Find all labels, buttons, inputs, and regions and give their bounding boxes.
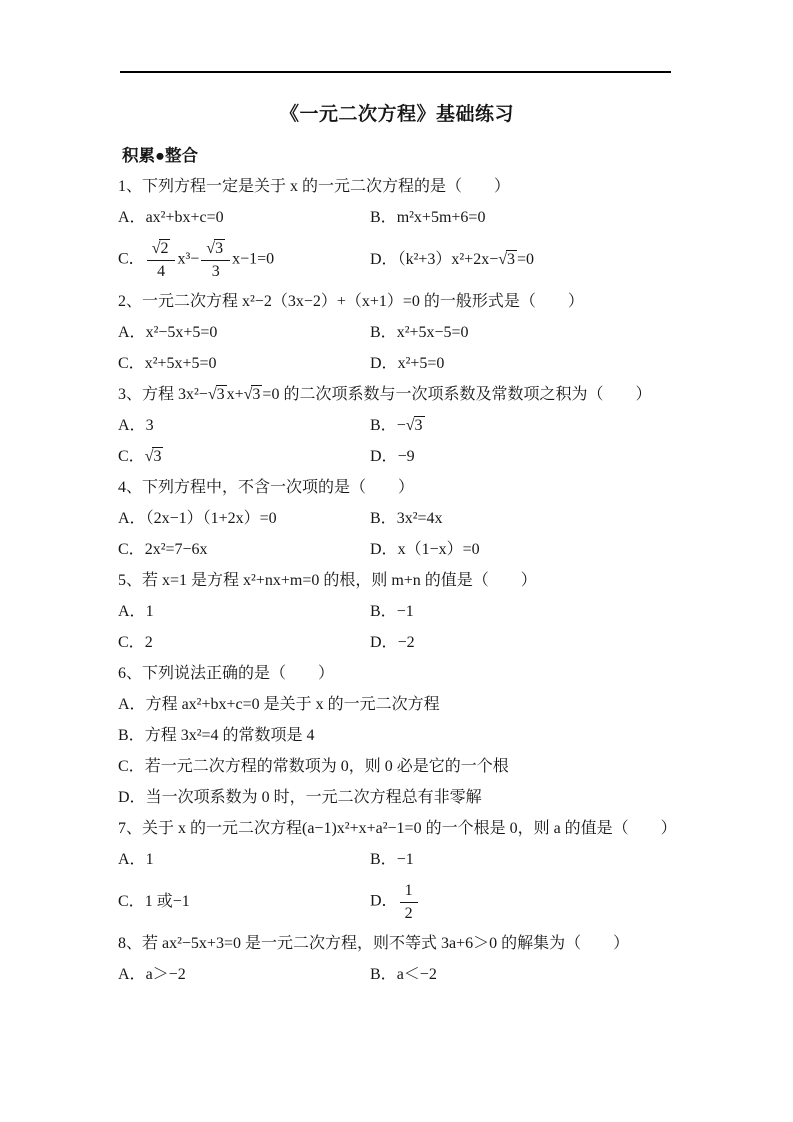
option-D: D．（k²+3）x²+2x−√3=0: [370, 250, 676, 269]
option-D: D．12: [370, 881, 676, 922]
option-D: D．x²+5=0: [370, 354, 676, 373]
option-C: C．2: [118, 633, 370, 652]
option-label: A．: [118, 417, 146, 434]
option-label: A．: [118, 851, 146, 868]
question-4: 4、下列方程中，不含一次项的是（ ）A．（2x−1）（1+2x）=0B．3x²=…: [118, 478, 676, 559]
math-text: 当一次项系数为 0 时，一元二次方程总有非零解: [146, 789, 482, 806]
math-text: 8、若 ax²−5x+3=0 是一元二次方程，则不等式 3a+6＞0 的解集为（…: [118, 935, 629, 952]
fraction-numerator: √2: [147, 239, 176, 261]
math-text: −9: [398, 448, 415, 465]
math-text: 1: [405, 882, 413, 899]
question-6: 6、下列说法正确的是（ ）A．方程 ax²+bx+c=0 是关于 x 的一元二次…: [118, 664, 676, 807]
option-C: C．√3: [118, 447, 370, 466]
math-text: =0 的二次项系数与一次项系数及常数项之积为（ ）: [262, 386, 651, 403]
math-text: 3: [212, 263, 220, 280]
fraction-denominator: 2: [400, 903, 418, 923]
fraction: √33: [201, 239, 230, 280]
option-A: A．3: [118, 416, 370, 435]
math-text: 2x²=7−6x: [145, 541, 208, 558]
math-text: ax²+bx+c=0: [146, 209, 224, 226]
option-C: C．x²+5x+5=0: [118, 354, 370, 373]
question-3: 3、方程 3x²−√3x+√3=0 的二次项系数与一次项系数及常数项之积为（ ）…: [118, 385, 676, 466]
math-text: a＞−2: [146, 966, 186, 983]
option-B: B．a＜−2: [370, 965, 676, 984]
math-text: 若一元二次方程的常数项为 0，则 0 必是它的一个根: [145, 758, 509, 775]
sqrt-radical: √3: [206, 240, 225, 257]
radicand: 3: [251, 385, 262, 403]
option-row: A．a＞−2B．a＜−2: [118, 965, 676, 984]
option-row: C．若一元二次方程的常数项为 0，则 0 必是它的一个根: [118, 757, 676, 776]
option-row: A．（2x−1）（1+2x）=0B．3x²=4x: [118, 509, 676, 528]
option-row: C．x²+5x+5=0D．x²+5=0: [118, 354, 676, 373]
option-C: C．2x²=7−6x: [118, 540, 370, 559]
option-row: A．x²−5x+5=0B．x²+5x−5=0: [118, 323, 676, 342]
option-label: C．: [118, 541, 145, 558]
math-text: a＜−2: [397, 966, 437, 983]
option-label: B．: [370, 510, 397, 527]
math-text: 3、方程 3x²−: [118, 386, 208, 403]
math-text: 4: [157, 263, 165, 280]
option-A: A．a＞−2: [118, 965, 370, 984]
fraction-denominator: 4: [147, 261, 176, 281]
option-row: A．3B．−√3: [118, 416, 676, 435]
math-text: 方程 3x²=4 的常数项是 4: [145, 727, 315, 744]
radicand: 2: [159, 239, 170, 257]
question-stem: 7、关于 x 的一元二次方程(a−1)x²+x+a²−1=0 的一个根是 0，则…: [118, 819, 676, 838]
math-text: −1: [397, 851, 414, 868]
option-B: B．−1: [370, 850, 676, 869]
math-text: （k²+3）x²+2x−: [398, 251, 499, 268]
fraction-numerator: √3: [201, 239, 230, 261]
option-label: A．: [118, 209, 146, 226]
option-A: A．（2x−1）（1+2x）=0: [118, 509, 370, 528]
question-stem: 8、若 ax²−5x+3=0 是一元二次方程，则不等式 3a+6＞0 的解集为（…: [118, 934, 676, 953]
option-label: A．: [118, 966, 146, 983]
option-B: B．−√3: [370, 416, 676, 435]
question-stem: 2、一元二次方程 x²−2（3x−2）+（x+1）=0 的一般形式是（ ）: [118, 292, 676, 311]
math-text: 6、下列说法正确的是（ ）: [118, 665, 334, 682]
radicand: 3: [214, 239, 225, 257]
option-label: C．: [118, 355, 145, 372]
radicand: 3: [506, 250, 517, 268]
option-label: D．: [370, 541, 398, 558]
radicand: 3: [216, 385, 227, 403]
option-A: A．1: [118, 602, 370, 621]
option-label: D．: [370, 251, 398, 268]
worksheet-page: 《一元二次方程》基础练习 积累●整合 1、下列方程一定是关于 x 的一元二次方程…: [0, 0, 793, 1122]
math-text: m²x+5m+6=0: [397, 209, 486, 226]
option-row: C．√24x³−√33x−1=0D．（k²+3）x²+2x−√3=0: [118, 239, 676, 280]
option-row: C．1 或−1D．12: [118, 881, 676, 922]
sqrt-radical: √3: [145, 448, 164, 465]
radicand: 3: [152, 447, 163, 465]
math-text: x−1=0: [232, 250, 274, 267]
question-stem: 6、下列说法正确的是（ ）: [118, 664, 676, 683]
question-5: 5、若 x=1 是方程 x²+nx+m=0 的根，则 m+n 的值是（ ）A．1…: [118, 571, 676, 652]
math-text: x³−: [177, 250, 199, 267]
math-text: 4、下列方程中，不含一次项的是（ ）: [118, 479, 414, 496]
option-label: C．: [118, 893, 145, 910]
question-stem: 3、方程 3x²−√3x+√3=0 的二次项系数与一次项系数及常数项之积为（ ）: [118, 385, 676, 404]
math-text: 1、下列方程一定是关于 x 的一元二次方程的是（ ）: [118, 178, 510, 195]
option-D: D．−2: [370, 633, 676, 652]
math-text: 2: [405, 905, 413, 922]
math-text: =0: [517, 251, 534, 268]
fraction: √24: [147, 239, 176, 280]
option-label: A．: [118, 324, 146, 341]
math-text: 3: [146, 417, 154, 434]
option-label: A．: [118, 696, 146, 713]
option-label: B．: [370, 209, 397, 226]
math-text: 3x²=4x: [397, 510, 443, 527]
fraction-denominator: 3: [201, 261, 230, 281]
option-label: C．: [118, 250, 145, 267]
option-D: D．x（1−x）=0: [370, 540, 676, 559]
sqrt-radical: √3: [498, 251, 517, 268]
option-A: A．ax²+bx+c=0: [118, 208, 370, 227]
sqrt-radical: √3: [208, 386, 227, 403]
page-title: 《一元二次方程》基础练习: [118, 99, 676, 126]
option-B: B．x²+5x−5=0: [370, 323, 676, 342]
math-text: （2x−1）（1+2x）=0: [146, 510, 277, 527]
question-stem: 5、若 x=1 是方程 x²+nx+m=0 的根，则 m+n 的值是（ ）: [118, 571, 676, 590]
fraction: 12: [400, 881, 418, 922]
option-label: D．: [370, 892, 398, 909]
question-7: 7、关于 x 的一元二次方程(a−1)x²+x+a²−1=0 的一个根是 0，则…: [118, 819, 676, 922]
section-heading: 积累●整合: [122, 142, 676, 166]
math-text: 方程 ax²+bx+c=0 是关于 x 的一元二次方程: [146, 696, 440, 713]
question-2: 2、一元二次方程 x²−2（3x−2）+（x+1）=0 的一般形式是（ ）A．x…: [118, 292, 676, 373]
option-B: B．m²x+5m+6=0: [370, 208, 676, 227]
math-text: 1: [146, 603, 154, 620]
option-A: A．x²−5x+5=0: [118, 323, 370, 342]
option-row: A．ax²+bx+c=0B．m²x+5m+6=0: [118, 208, 676, 227]
math-text: −1: [397, 603, 414, 620]
option-D: D．当一次项系数为 0 时，一元二次方程总有非零解: [118, 788, 676, 807]
option-row: A．1B．−1: [118, 602, 676, 621]
sqrt-radical: √3: [244, 386, 263, 403]
option-row: D．当一次项系数为 0 时，一元二次方程总有非零解: [118, 788, 676, 807]
option-row: A．方程 ax²+bx+c=0 是关于 x 的一元二次方程: [118, 695, 676, 714]
option-A: A．方程 ax²+bx+c=0 是关于 x 的一元二次方程: [118, 695, 676, 714]
sqrt-radical: √3: [406, 417, 425, 434]
option-row: B．方程 3x²=4 的常数项是 4: [118, 726, 676, 745]
math-text: 7、关于 x 的一元二次方程(a−1)x²+x+a²−1=0 的一个根是 0，则…: [118, 820, 677, 837]
option-label: A．: [118, 510, 146, 527]
option-C: C．若一元二次方程的常数项为 0，则 0 必是它的一个根: [118, 757, 676, 776]
option-label: B．: [118, 727, 145, 744]
option-label: B．: [370, 417, 397, 434]
option-label: D．: [370, 448, 398, 465]
math-text: x²+5=0: [398, 355, 445, 372]
radicand: 3: [414, 416, 425, 434]
question-1: 1、下列方程一定是关于 x 的一元二次方程的是（ ）A．ax²+bx+c=0B．…: [118, 177, 676, 280]
option-C: C．1 或−1: [118, 892, 370, 911]
option-row: C．2x²=7−6xD．x（1−x）=0: [118, 540, 676, 559]
math-text: −: [397, 417, 406, 434]
option-label: B．: [370, 851, 397, 868]
option-label: D．: [370, 634, 398, 651]
math-text: x（1−x）=0: [398, 541, 480, 558]
option-row: C．√3D．−9: [118, 447, 676, 466]
math-text: x+: [227, 386, 244, 403]
math-text: x²+5x−5=0: [397, 324, 469, 341]
question-8: 8、若 ax²−5x+3=0 是一元二次方程，则不等式 3a+6＞0 的解集为（…: [118, 934, 676, 984]
option-C: C．√24x³−√33x−1=0: [118, 239, 370, 280]
option-label: A．: [118, 603, 146, 620]
math-text: x²−5x+5=0: [146, 324, 218, 341]
option-label: B．: [370, 324, 397, 341]
option-label: C．: [118, 634, 145, 651]
option-row: C．2D．−2: [118, 633, 676, 652]
question-stem: 4、下列方程中，不含一次项的是（ ）: [118, 478, 676, 497]
option-B: B．方程 3x²=4 的常数项是 4: [118, 726, 676, 745]
option-label: D．: [370, 355, 398, 372]
math-text: 5、若 x=1 是方程 x²+nx+m=0 的根，则 m+n 的值是（ ）: [118, 572, 537, 589]
fraction-numerator: 1: [400, 881, 418, 903]
math-text: 1 或−1: [145, 893, 190, 910]
math-text: −2: [398, 634, 415, 651]
math-text: x²+5x+5=0: [145, 355, 217, 372]
math-text: 1: [146, 851, 154, 868]
math-text: 2: [145, 634, 153, 651]
option-label: C．: [118, 758, 145, 775]
question-stem: 1、下列方程一定是关于 x 的一元二次方程的是（ ）: [118, 177, 676, 196]
option-B: B．3x²=4x: [370, 509, 676, 528]
option-A: A．1: [118, 850, 370, 869]
sqrt-radical: √2: [152, 240, 171, 257]
option-label: C．: [118, 448, 145, 465]
header-rule: [120, 71, 671, 73]
math-text: 2、一元二次方程 x²−2（3x−2）+（x+1）=0 的一般形式是（ ）: [118, 293, 584, 310]
option-label: B．: [370, 966, 397, 983]
option-D: D．−9: [370, 447, 676, 466]
worksheet-content: 《一元二次方程》基础练习 积累●整合 1、下列方程一定是关于 x 的一元二次方程…: [118, 99, 676, 996]
option-label: B．: [370, 603, 397, 620]
option-B: B．−1: [370, 602, 676, 621]
option-row: A．1B．−1: [118, 850, 676, 869]
option-label: D．: [118, 789, 146, 806]
question-list: 1、下列方程一定是关于 x 的一元二次方程的是（ ）A．ax²+bx+c=0B．…: [118, 177, 676, 984]
